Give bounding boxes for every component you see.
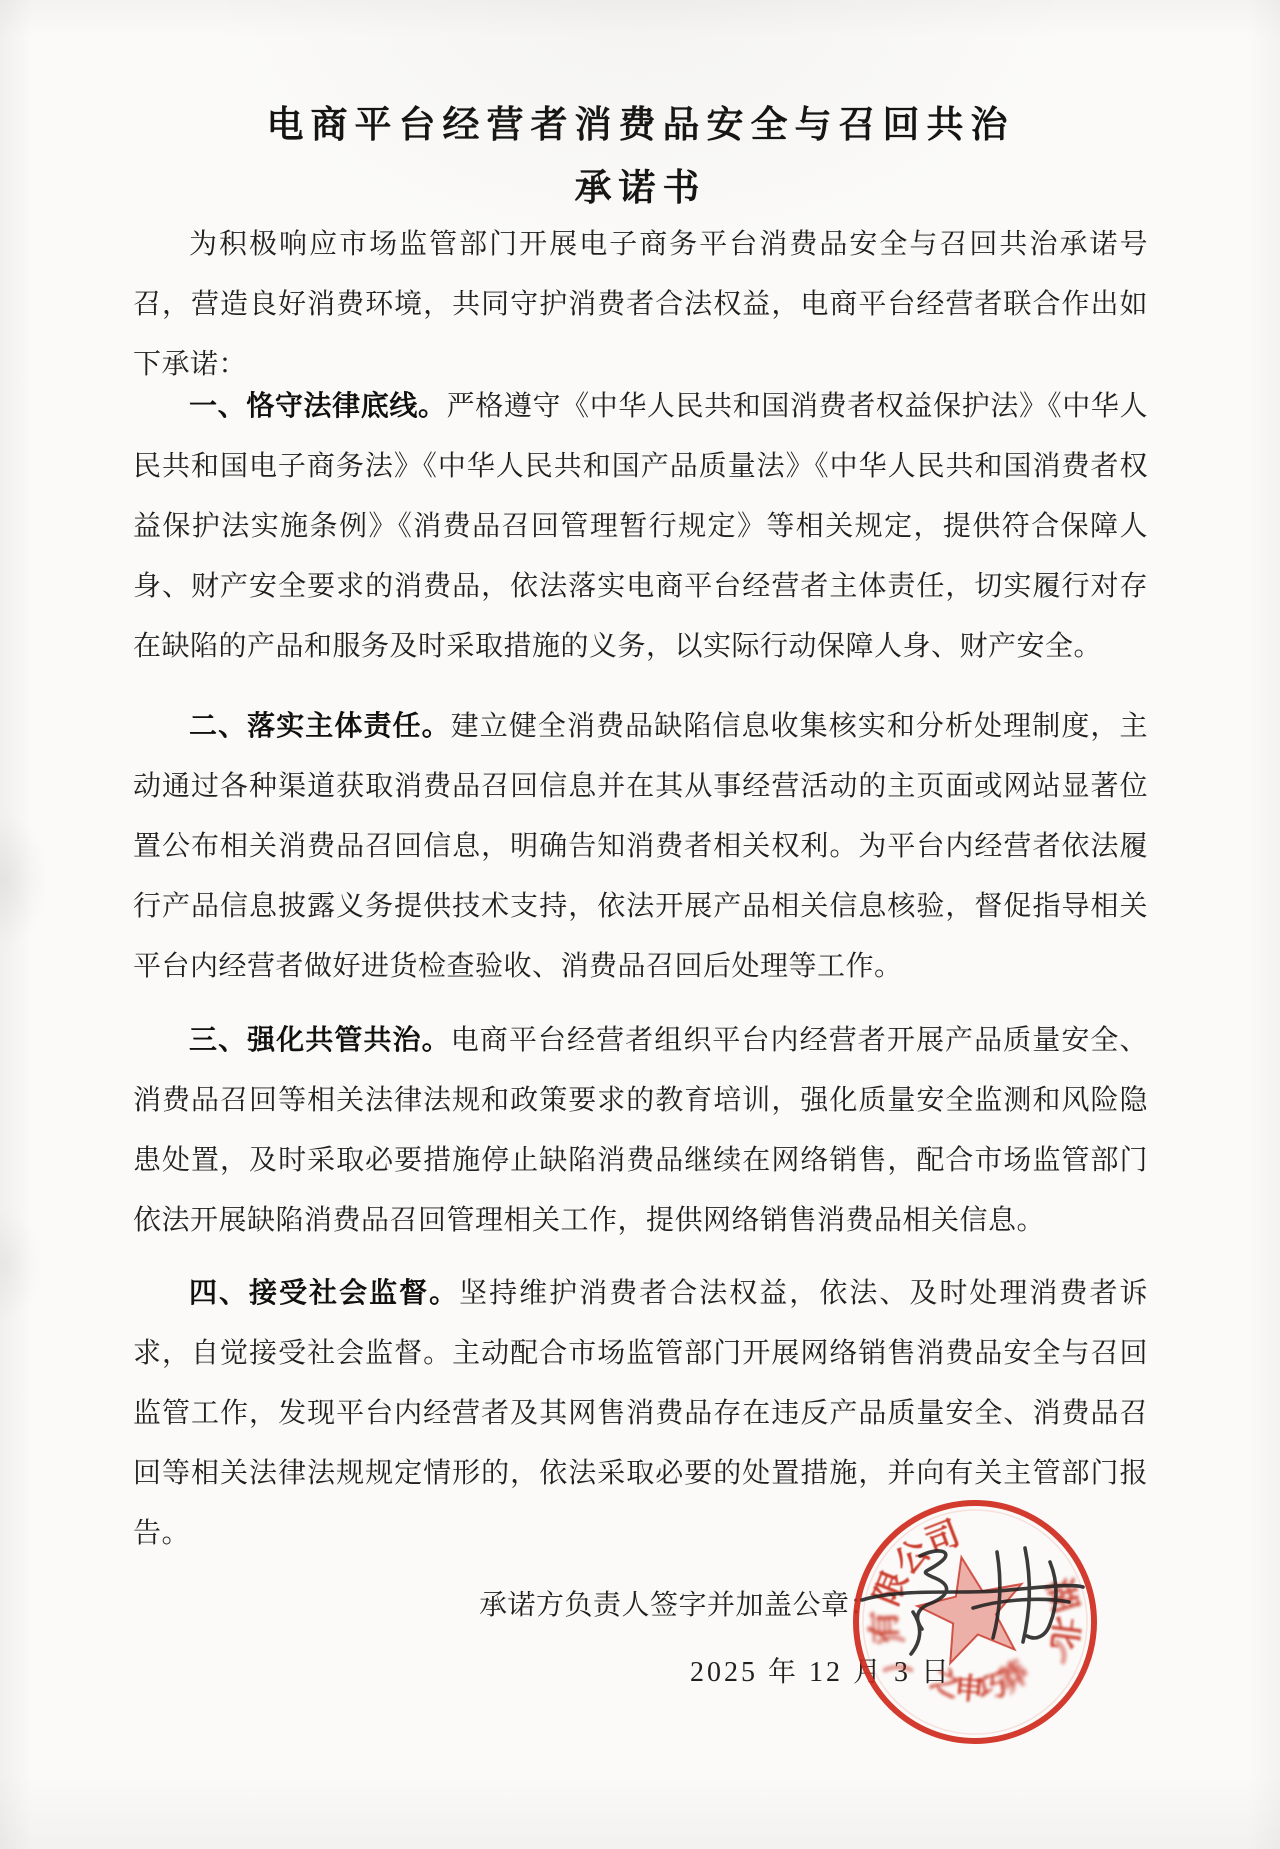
section-1-heading: 一、恪守法律底线。 <box>189 390 447 421</box>
section-2-heading: 二、落实主体责任。 <box>189 710 451 741</box>
section-2-body: 建立健全消费品缺陷信息收集核实和分析处理制度，主动通过各种渠道获取消费品召回信息… <box>133 711 1148 982</box>
signature-label: 承诺方负责人签字并加盖公章： <box>479 1576 878 1636</box>
page-title-line1: 电商平台经营者消费品安全与召回共治 <box>133 100 1148 150</box>
seal-star-icon <box>917 1557 1021 1663</box>
intro-text: 为积极响应市场监管部门开展电子商务平台消费品安全与召回共治承诺号召，营造良好消费… <box>133 229 1148 380</box>
section-1: 一、恪守法律底线。严格遵守《中华人民共和国消费者权益保护法》《中华人民共和国电子… <box>133 376 1148 677</box>
section-1-body: 严格遵守《中华人民共和国消费者权益保护法》《中华人民共和国电子商务法》《中华人民… <box>133 391 1148 662</box>
company-seal: 有限公司湖北之申巧莽 <box>845 1492 1105 1752</box>
section-3: 三、强化共管共治。电商平台经营者组织平台内经营者开展产品质量安全、消费品召回等相… <box>133 1010 1148 1251</box>
document-page: 电商平台经营者消费品安全与召回共治 承诺书 为积极响应市场监管部门开展电子商务平… <box>0 0 1280 1849</box>
svg-text:湖: 湖 <box>1039 1574 1084 1616</box>
section-3-heading: 三、强化共管共治。 <box>189 1024 451 1055</box>
section-4-heading: 四、接受社会监督。 <box>189 1277 459 1308</box>
section-3-body: 电商平台经营者组织平台内经营者开展产品质量安全、消费品召回等相关法律法规和政策要… <box>133 1025 1148 1236</box>
page-title-line2: 承诺书 <box>133 163 1148 213</box>
section-2: 二、落实主体责任。建立健全消费品缺陷信息收集核实和分析处理制度，主动通过各种渠道… <box>133 696 1148 997</box>
intro-paragraph: 为积极响应市场监管部门开展电子商务平台消费品安全与召回共治承诺号召，营造良好消费… <box>133 215 1148 395</box>
